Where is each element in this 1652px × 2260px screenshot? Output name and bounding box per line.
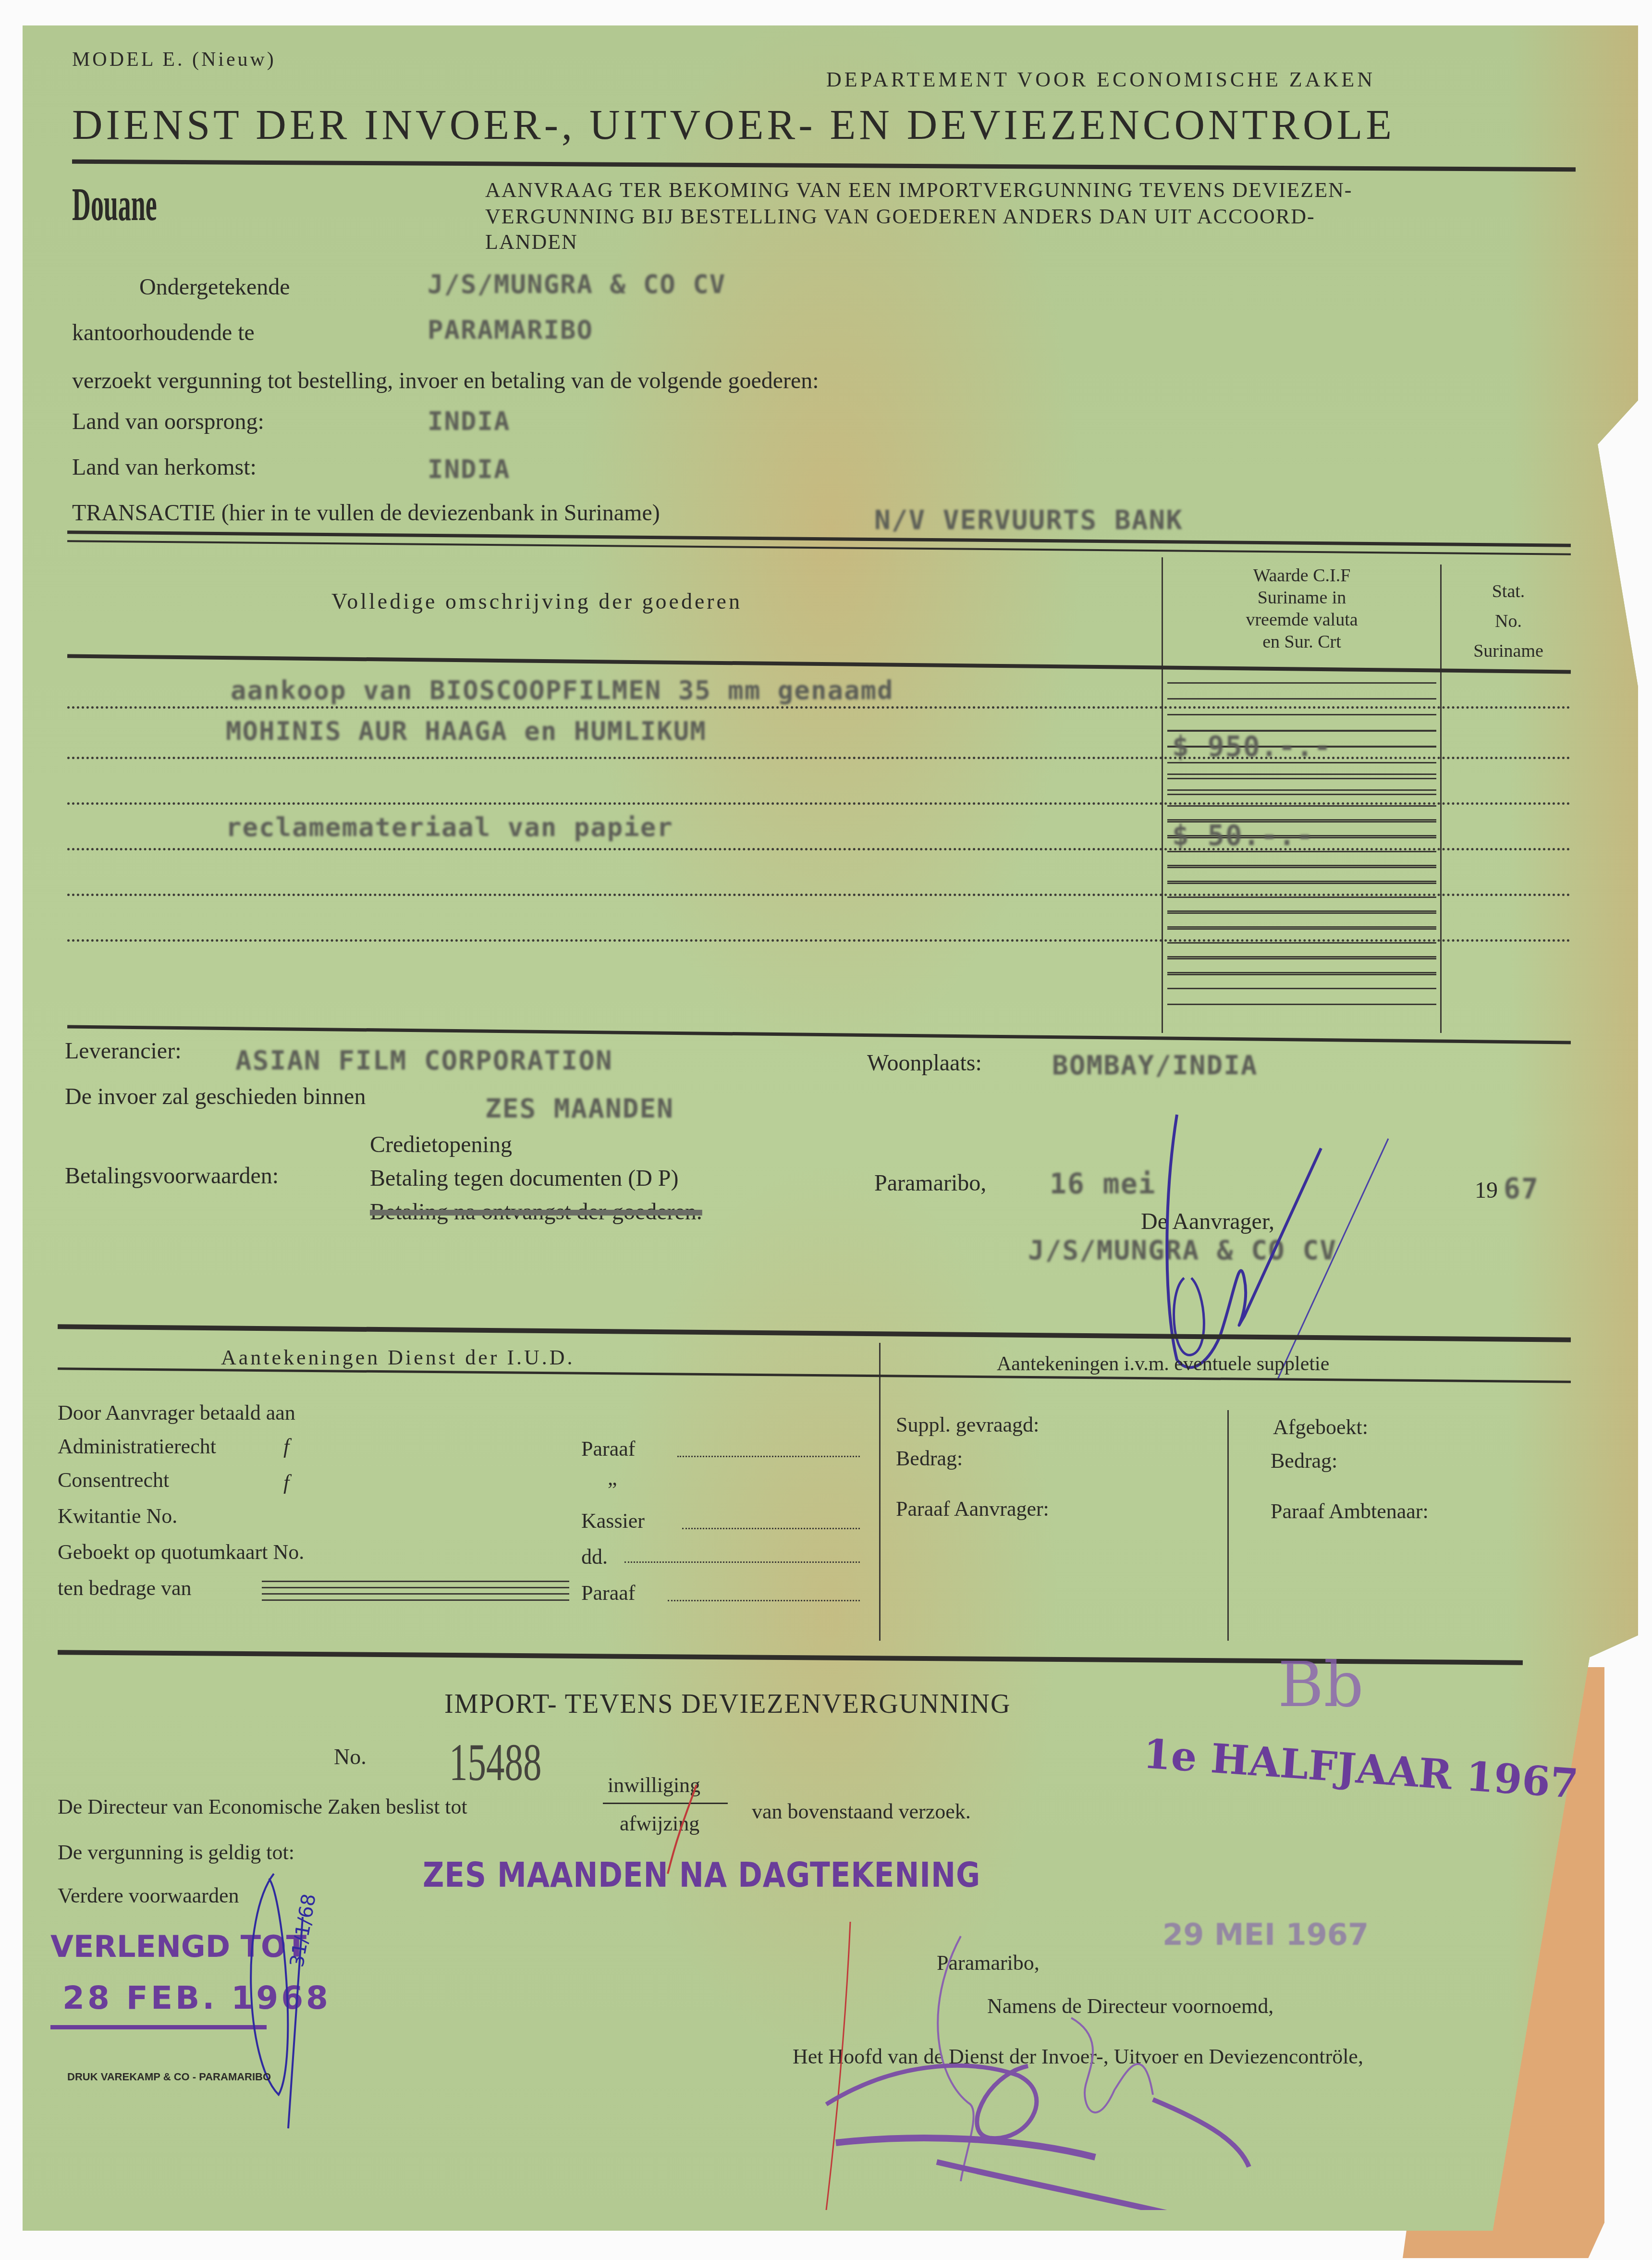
row-description[interactable]: aankoop van BIOSCOOPFILMEN 35 mm genaamd <box>231 675 893 705</box>
consent-florin: f <box>283 1470 289 1495</box>
row-dotted-line <box>67 894 1571 896</box>
value-ruling <box>1167 956 1436 1019</box>
verlengd-underline <box>50 2025 267 2029</box>
col-header-stat-l3: Suriname <box>1446 636 1571 666</box>
kassier-line[interactable] <box>682 1528 860 1529</box>
license-number: 15488 <box>449 1732 542 1793</box>
col-header-description: Volledige omschrijving der goederen <box>331 589 742 614</box>
suppletie-title: Aantekeningen i.v.m. eventuele suppletie <box>997 1352 1329 1376</box>
door-label: Door Aanvrager betaald aan <box>58 1400 295 1425</box>
transactie-label: TRANSACTIE (hier in te vullen de devieze… <box>72 500 660 526</box>
kantoor-label: kantoorhoudende te <box>72 319 255 346</box>
transactie-field[interactable]: N/V VERVUURTS BANK <box>874 504 1183 536</box>
voorwaarden-label: Verdere voorwaarden <box>58 1883 239 1908</box>
row-dotted-line <box>67 802 1571 805</box>
suppl-bedrag-label: Bedrag: <box>896 1446 963 1471</box>
origin-field[interactable]: INDIA <box>428 406 511 436</box>
paraaf-aanvrager-label: Paraaf Aanvrager: <box>896 1497 1049 1521</box>
betaling-option-after-receipt[interactable]: Betaling na ontvangst der goederen. <box>370 1199 702 1225</box>
betaling-label: Betalingsvoorwaarden: <box>65 1163 279 1189</box>
suppletie-divider <box>1227 1410 1229 1641</box>
leverancier-field[interactable]: ASIAN FILM CORPORATION <box>235 1045 613 1076</box>
stamp-code: Bb <box>1278 1648 1364 1721</box>
row-value[interactable]: $ 50.-.- <box>1172 819 1314 852</box>
verlengd-initial-icon <box>235 1869 331 2138</box>
iud-title: Aantekeningen Dienst der I.U.D. <box>221 1345 575 1370</box>
woonplaats-label: Woonplaats: <box>867 1050 982 1076</box>
afgeboekt-label: Afgeboekt: <box>1273 1415 1368 1439</box>
paraaf-ambtenaar-label: Paraaf Ambtenaar: <box>1271 1499 1429 1523</box>
herkomst-field[interactable]: INDIA <box>428 454 511 484</box>
notes-divider <box>879 1343 881 1641</box>
afgeboekt-bedrag-label: Bedrag: <box>1271 1449 1337 1473</box>
request-line-1: AANVRAAG TER BEKOMING VAN EEN IMPORTVERG… <box>485 178 1352 202</box>
ondergetekende-label: Ondergetekende <box>139 274 290 300</box>
suppl-label: Suppl. gevraagd: <box>896 1412 1039 1437</box>
admin-label: Administratierecht <box>58 1434 216 1459</box>
request-text: verzoekt vergunning tot bestelling, invo… <box>72 368 819 394</box>
woonplaats-field[interactable]: BOMBAY/INDIA <box>1052 1050 1258 1081</box>
geldig-label: De vergunning is geldig tot: <box>58 1840 294 1865</box>
ditto-mark: ” <box>608 1477 617 1502</box>
request-line-3: LANDEN <box>485 230 578 254</box>
decision-suffix: van bovenstaand verzoek. <box>752 1799 971 1824</box>
invoer-field[interactable]: ZES MAANDEN <box>485 1093 674 1124</box>
row-description[interactable]: MOHINIS AUR HAAGA en HUMLIKUM <box>226 716 707 746</box>
page-title: DIENST DER INVOER-, UITVOER- EN DEVIEZEN… <box>72 101 1395 149</box>
paraaf-label-2: Paraaf <box>581 1581 635 1605</box>
request-line-2: VERGUNNING BIJ BESTELLING VAN GOEDEREN A… <box>485 204 1315 229</box>
decision-prefix: De Directeur van Economische Zaken besli… <box>58 1794 467 1819</box>
row-description[interactable]: reclamemateriaal van papier <box>226 812 673 842</box>
year-field[interactable]: 67 <box>1504 1172 1539 1205</box>
consent-label: Consentrecht <box>58 1468 169 1492</box>
betaling-option-dp[interactable]: Betaling tegen documenten (D P) <box>370 1165 679 1191</box>
geldig-stamp: ZES MAANDEN NA DAGTEKENING <box>423 1855 980 1895</box>
herkomst-label: Land van herkomst: <box>72 454 257 480</box>
row-dotted-line <box>67 848 1571 850</box>
row-dotted-line <box>67 757 1571 759</box>
betaling-option-credit[interactable]: Credietopening <box>370 1131 512 1158</box>
kwitantie-label: Kwitantie No. <box>58 1504 177 1528</box>
admin-florin: f <box>283 1434 289 1459</box>
kantoor-field[interactable]: PARAMARIBO <box>428 315 593 345</box>
invoer-label: De invoer zal geschieden binnen <box>65 1083 366 1110</box>
table-col-divider-1 <box>1162 557 1163 1033</box>
dd-line[interactable] <box>624 1561 860 1563</box>
license-no-label: No. <box>334 1744 367 1769</box>
table-col-divider-2 <box>1440 565 1442 1033</box>
col-header-value-l3: vreemde valuta <box>1182 609 1422 631</box>
bedrag-ruling[interactable] <box>262 1581 569 1615</box>
col-header-stat: Stat. No. Suriname <box>1446 577 1571 666</box>
director-signature-icon <box>778 1912 1451 2210</box>
row-dotted-line <box>67 939 1571 942</box>
bedrag-label: ten bedrage van <box>58 1576 192 1600</box>
col-header-value: Waarde C.I.F Suriname in vreemde valuta … <box>1182 565 1422 653</box>
paraaf-label-1: Paraaf <box>581 1437 635 1461</box>
col-header-value-l4: en Sur. Crt <box>1182 631 1422 653</box>
year-prefix: 19 <box>1475 1177 1498 1204</box>
date-place-label: Paramaribo, <box>874 1170 986 1196</box>
ondergetekende-field[interactable]: J/S/MUNGRA & CO CV <box>428 269 726 299</box>
paraaf-line-2[interactable] <box>668 1600 860 1601</box>
paraaf-line-1[interactable] <box>677 1456 860 1457</box>
kassier-label: Kassier <box>581 1509 645 1533</box>
row-dotted-line <box>67 706 1571 709</box>
col-header-value-l2: Suriname in <box>1182 587 1422 609</box>
col-header-stat-l1: Stat. <box>1446 577 1571 606</box>
origin-label: Land van oorsprong: <box>72 408 264 435</box>
printer-credit: DRUK VAREKAMP & CO - PARAMARIBO <box>67 2071 271 2083</box>
col-header-value-l1: Waarde C.I.F <box>1182 565 1422 587</box>
department-label: DEPARTEMENT VOOR ECONOMISCHE ZAKEN <box>826 67 1375 92</box>
dd-label: dd. <box>581 1545 608 1569</box>
license-title: IMPORT- TEVENS DEVIEZENVERGUNNING <box>444 1689 1011 1720</box>
leverancier-label: Leverancier: <box>65 1038 181 1064</box>
col-header-stat-l2: No. <box>1446 606 1571 636</box>
model-label: MODEL E. (Nieuw) <box>72 48 276 71</box>
douane-label: Douane <box>72 178 157 232</box>
geboekt-label: Geboekt op quotumkaart No. <box>58 1540 304 1564</box>
